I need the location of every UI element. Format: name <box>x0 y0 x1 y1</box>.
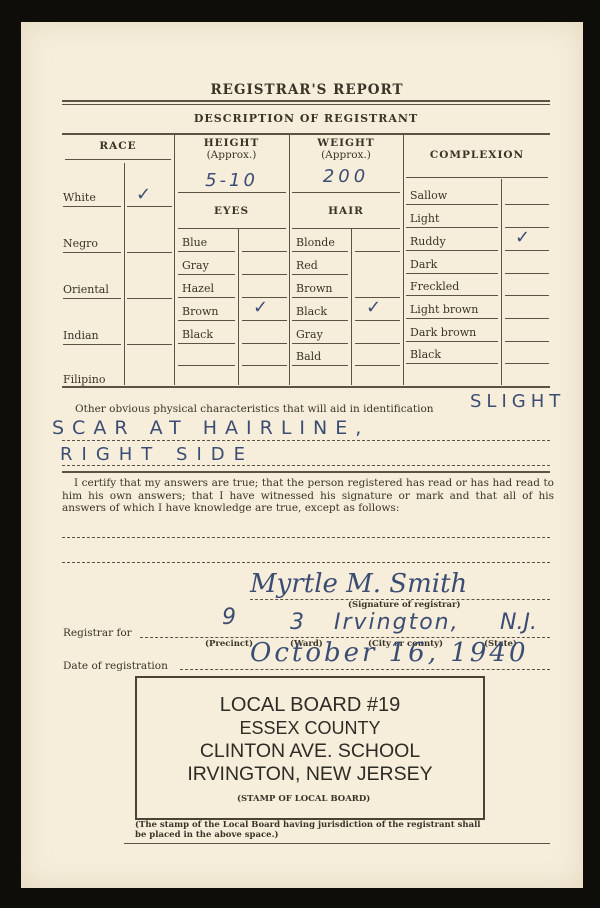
divider <box>63 344 121 345</box>
page-title: REGISTRAR'S REPORT <box>0 82 600 98</box>
divider <box>127 344 172 345</box>
complexion-option-light: Light <box>410 212 439 225</box>
race-option-negro: Negro <box>63 237 98 250</box>
race-option-oriental: Oriental <box>63 283 109 296</box>
precinct-caption: (Precinct) <box>205 639 253 649</box>
date-line[interactable] <box>180 669 550 670</box>
divider <box>63 252 121 253</box>
divider <box>292 365 348 366</box>
race-white-check[interactable]: ✓ <box>136 184 151 205</box>
complexion-option-dark-brown: Dark brown <box>410 326 476 339</box>
divider <box>242 343 287 344</box>
state-value: N.J. <box>500 610 537 635</box>
divider <box>62 104 550 105</box>
divider <box>178 320 235 321</box>
divider <box>505 273 549 274</box>
divider <box>63 298 121 299</box>
divider <box>65 159 171 160</box>
date-value: October 16, 1940 <box>250 638 528 668</box>
characteristics-value-line2: SCAR AT HAIRLINE, <box>52 417 369 439</box>
complexion-option-black: Black <box>410 348 441 361</box>
eyes-option-black: Black <box>182 328 213 341</box>
hair-option-bald: Bald <box>296 350 321 363</box>
grid-line <box>403 133 404 385</box>
divider <box>178 274 235 275</box>
stamp-caption: (STAMP OF LOCAL BOARD) <box>237 794 370 804</box>
divider <box>355 343 400 344</box>
city-value: Irvington, <box>334 610 460 635</box>
characteristics-line <box>62 465 550 466</box>
divider <box>242 365 287 366</box>
exceptions-line[interactable] <box>62 537 550 538</box>
eyes-option-brown: Brown <box>182 305 218 318</box>
race-option-filipino: Filipino <box>63 373 105 386</box>
weight-sublabel: (Approx.) <box>290 149 402 161</box>
divider <box>178 192 286 193</box>
hair-option-gray: Gray <box>296 328 323 341</box>
stamp-line-2: ESSEX COUNTY <box>137 717 483 740</box>
divider <box>406 250 498 251</box>
divider <box>505 341 549 342</box>
hair-option-brown: Brown <box>296 282 332 295</box>
height-sublabel: (Approx.) <box>175 149 288 161</box>
weight-header: WEIGHT (Approx.) <box>290 137 402 161</box>
eyes-header: EYES <box>175 205 288 217</box>
divider <box>505 204 549 205</box>
divider <box>355 251 400 252</box>
divider <box>292 343 348 344</box>
divider <box>292 274 348 275</box>
table-bottom-border <box>62 386 550 388</box>
divider <box>178 365 235 366</box>
eyes-brown-check[interactable]: ✓ <box>253 297 268 318</box>
signature-caption: (Signature of registrar) <box>348 600 461 610</box>
divider <box>242 320 287 321</box>
hair-option-blonde: Blonde <box>296 236 335 249</box>
divider <box>406 341 498 342</box>
hair-option-black: Black <box>296 305 327 318</box>
divider <box>505 363 549 364</box>
divider <box>178 297 235 298</box>
divider <box>406 363 498 364</box>
hair-header: HAIR <box>290 205 402 217</box>
complexion-ruddy-check[interactable]: ✓ <box>515 227 530 248</box>
complexion-option-ruddy: Ruddy <box>410 235 446 248</box>
divider <box>406 295 498 296</box>
divider <box>242 251 287 252</box>
registrar-signature: Myrtle M. Smith <box>250 569 467 599</box>
divider <box>406 204 498 205</box>
table-top-border <box>62 133 550 135</box>
section-title: DESCRIPTION OF REGISTRANT <box>62 112 550 125</box>
divider <box>62 100 550 102</box>
divider <box>127 252 172 253</box>
divider <box>505 250 549 251</box>
stamp-line-4: IRVINGTON, NEW JERSEY <box>137 763 483 786</box>
divider <box>63 206 121 207</box>
local-board-stamp: LOCAL BOARD #19 ESSEX COUNTY CLINTON AVE… <box>135 676 485 820</box>
characteristics-value-line1: SLIGHT <box>470 391 565 412</box>
hair-black-check[interactable]: ✓ <box>366 297 381 318</box>
divider <box>127 206 172 207</box>
divider <box>406 177 548 178</box>
divider <box>242 274 287 275</box>
exceptions-line[interactable] <box>62 562 550 563</box>
stamp-line-3: CLINTON AVE. SCHOOL <box>137 740 483 763</box>
divider <box>406 227 498 228</box>
characteristics-value-line3: RIGHT SIDE <box>60 444 254 465</box>
divider <box>292 320 348 321</box>
divider <box>406 318 498 319</box>
divider <box>355 365 400 366</box>
height-label: HEIGHT <box>175 137 288 149</box>
complexion-option-freckled: Freckled <box>410 280 459 293</box>
complexion-option-light-brown: Light brown <box>410 303 478 316</box>
height-header: HEIGHT (Approx.) <box>175 137 288 161</box>
grid-line <box>501 179 502 385</box>
divider <box>406 273 498 274</box>
complexion-header: COMPLEXION <box>404 149 550 161</box>
hair-option-red: Red <box>296 259 318 272</box>
divider <box>124 843 550 844</box>
divider <box>505 295 549 296</box>
grid-line <box>351 229 352 385</box>
race-option-white: White <box>63 191 96 204</box>
characteristics-label: Other obvious physical characteristics t… <box>75 403 434 416</box>
weight-value: 200 <box>290 166 402 187</box>
complexion-option-sallow: Sallow <box>410 189 447 202</box>
stamp-line-1: LOCAL BOARD #19 <box>137 694 483 717</box>
height-value: 5-10 <box>175 170 288 191</box>
race-option-indian: Indian <box>63 329 99 342</box>
race-header: RACE <box>62 140 174 152</box>
characteristics-line <box>62 440 550 441</box>
ward-value: 3 <box>290 610 304 635</box>
weight-label: WEIGHT <box>290 137 402 149</box>
divider <box>178 228 286 229</box>
date-label: Date of registration <box>63 660 168 673</box>
footer-note: (The stamp of the Local Board having jur… <box>135 820 487 840</box>
registrar-for-label: Registrar for <box>63 627 132 640</box>
divider <box>292 297 348 298</box>
certification-text: I certify that my answers are true; that… <box>62 477 554 515</box>
divider <box>292 251 348 252</box>
eyes-option-gray: Gray <box>182 259 209 272</box>
divider <box>62 471 550 473</box>
divider <box>292 192 400 193</box>
divider <box>127 298 172 299</box>
grid-line <box>238 229 239 385</box>
divider <box>178 251 235 252</box>
eyes-option-blue: Blue <box>182 236 207 249</box>
divider <box>292 228 400 229</box>
grid-line <box>124 163 125 385</box>
complexion-option-dark: Dark <box>410 258 437 271</box>
divider <box>178 343 235 344</box>
divider <box>505 318 549 319</box>
divider <box>355 320 400 321</box>
precinct-value: 9 <box>222 605 236 630</box>
eyes-option-hazel: Hazel <box>182 282 214 295</box>
